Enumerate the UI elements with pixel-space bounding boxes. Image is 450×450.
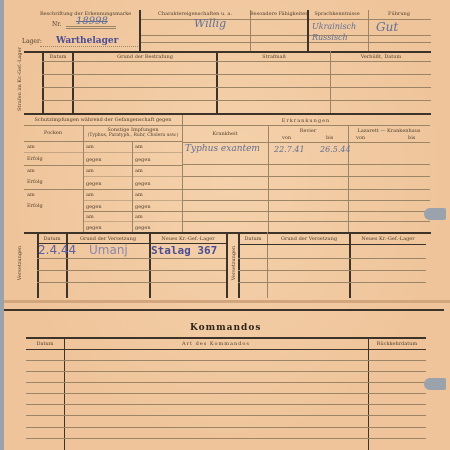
- commands-title: Kommandos: [190, 323, 261, 333]
- vacc-col-other-sub: (Typhus, Paratyph., Ruhr, Cholera usw.): [84, 133, 182, 138]
- vacc-cell: gegen: [135, 225, 151, 231]
- transfer-col-date: Datum: [38, 236, 66, 242]
- vacc-cell: am: [135, 168, 143, 174]
- languages-value-2: Russisch: [312, 33, 348, 42]
- vacc-cell: am: [27, 168, 35, 174]
- punish-col-penalty: Strafmaß: [218, 54, 330, 60]
- vacc-cell: gegen: [135, 181, 151, 187]
- vacc-col-pocken: Pocken: [24, 130, 82, 136]
- pow-record-card: Beschriftung der Erkennungsmarke Nr. 189…: [4, 0, 450, 450]
- vacc-cell: gegen: [135, 157, 151, 163]
- ill-col-ward: Revier: [268, 128, 348, 134]
- transfers-left-side-label: Versetzungen: [17, 241, 23, 285]
- character-value: Willig: [194, 17, 226, 30]
- ill-ward-to: bis: [326, 135, 333, 141]
- cmd-col-return: Rückkehrdatum: [368, 341, 426, 347]
- ill-hosp-from: von: [356, 135, 365, 141]
- illness-ward-to: 26.5.44: [320, 145, 351, 154]
- ill-hosp-to: bis: [408, 135, 415, 141]
- vacc-cell: gegen: [86, 204, 102, 210]
- vacc-cell: Erfolg: [27, 203, 43, 209]
- vacc-cell: gegen: [86, 157, 102, 163]
- punish-col-reason: Grund der Bestrafung: [74, 54, 216, 60]
- ill-ward-from: von: [282, 135, 291, 141]
- transfer-right-col-reason: Grund der Versetzung: [268, 236, 350, 242]
- transfer-right-col-camp: Neues Kr.-Gef.-Lager: [350, 236, 426, 242]
- illness-ward-from: 22.7.41: [274, 145, 305, 154]
- punch-hole: [424, 378, 446, 390]
- cmd-col-type: Art des Kommandos: [64, 341, 368, 347]
- vacc-cell: am: [86, 168, 94, 174]
- vacc-cell: Erfolg: [27, 156, 43, 162]
- vacc-cell: Erfolg: [27, 179, 43, 185]
- vacc-cell: am: [27, 192, 35, 198]
- punishments-side-label: Strafen im Kr.-Gef.-Lager: [17, 55, 23, 111]
- vacc-cell: am: [27, 144, 35, 150]
- languages-value-1: Ukrainisch: [312, 22, 356, 31]
- vacc-cell: am: [135, 214, 143, 220]
- vacc-cell: gegen: [86, 181, 102, 187]
- abilities-label: Besondere Fähigkeiten: [250, 11, 306, 17]
- vacc-cell: am: [86, 144, 94, 150]
- vacc-cell: gegen: [135, 204, 151, 210]
- illnesses-title: Erkrankungen: [182, 118, 430, 124]
- nr-value: 18998: [76, 16, 108, 27]
- conduct-label: Führung: [368, 11, 430, 17]
- transfer-col-camp: Neues Kr.-Gef.-Lager: [150, 236, 226, 242]
- ill-col-illness: Krankheit: [182, 131, 268, 137]
- transfer-camp: Stalag 367: [151, 244, 217, 257]
- vacc-cell: gegen: [86, 225, 102, 231]
- transfer-date: 2.4.44: [38, 243, 76, 257]
- camp-label: Lager:: [22, 38, 42, 45]
- vacc-cell: am: [135, 192, 143, 198]
- transfers-right-side-label: Versetzungen: [231, 241, 237, 285]
- vacc-cell: am: [86, 214, 94, 220]
- illness-value: Typhus exantem: [185, 144, 260, 154]
- languages-label: Sprachkenntnisse: [307, 11, 367, 17]
- punch-hole: [424, 208, 446, 220]
- vaccinations-title: Schutzimpfungen während der Gefangenscha…: [24, 117, 182, 123]
- cmd-col-date: Datum: [26, 341, 64, 347]
- camp-stamp: Warthelager: [56, 36, 118, 46]
- nr-label: Nr.: [52, 21, 61, 28]
- punish-col-date: Datum: [44, 54, 72, 60]
- transfer-right-col-date: Datum: [239, 236, 267, 242]
- ill-col-hospital: Lazarett — Krankenhaus: [348, 128, 430, 134]
- transfer-reason: Umanj: [89, 243, 128, 257]
- transfer-col-reason: Grund der Versetzung: [67, 236, 149, 242]
- card-fold: [4, 300, 450, 303]
- punish-col-served: Verbüßt, Datum: [332, 54, 430, 60]
- conduct-value: Gut: [376, 20, 398, 34]
- vacc-cell: am: [135, 144, 143, 150]
- vacc-cell: am: [86, 192, 94, 198]
